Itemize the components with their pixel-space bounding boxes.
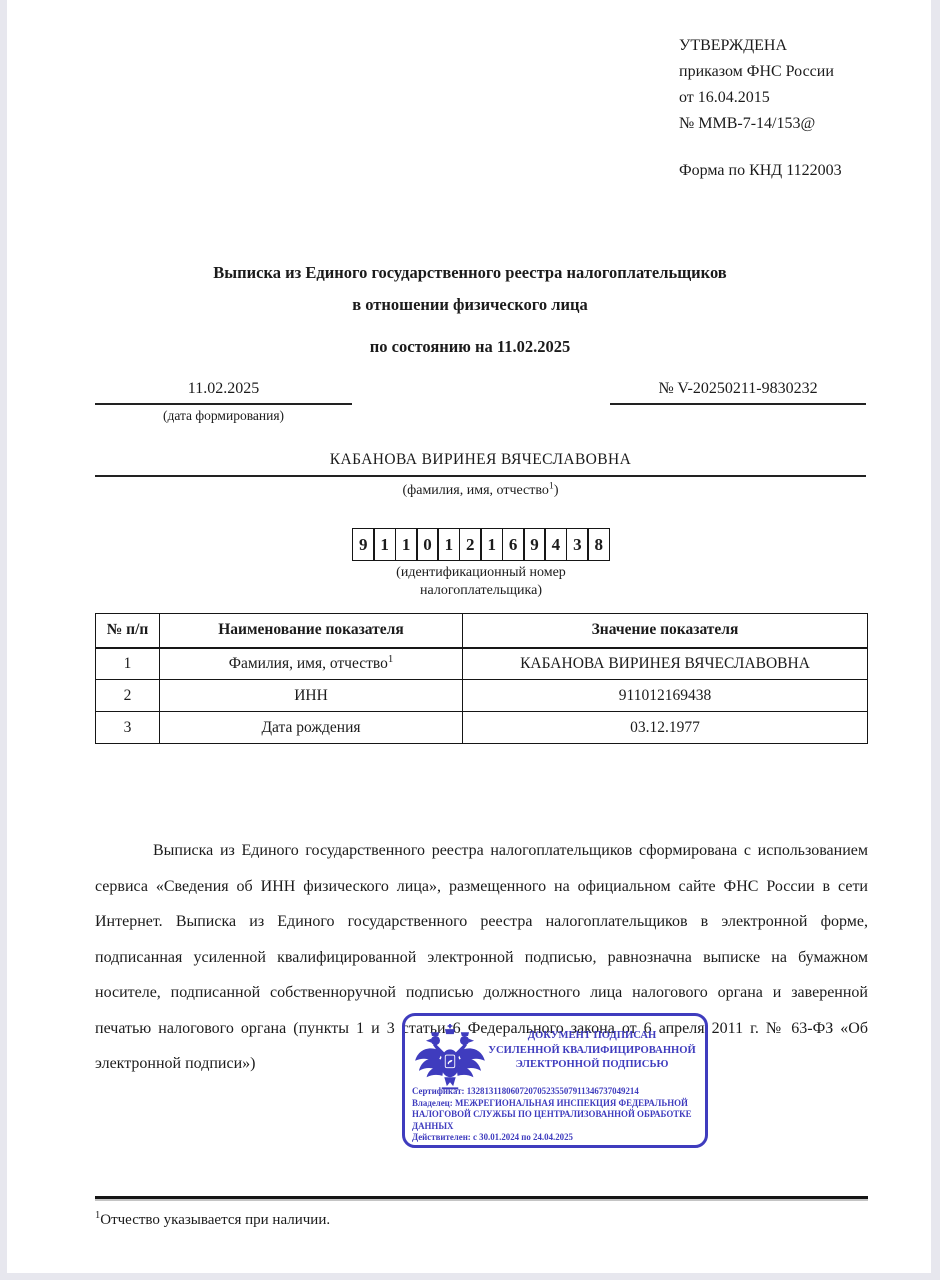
document-number-value: № V-20250211-9830232 [610, 380, 866, 405]
row-num: 3 [96, 712, 160, 744]
table-row: 1 Фамилия, имя, отчество1 КАБАНОВА ВИРИН… [96, 648, 868, 680]
stamp-title-line2: УСИЛЕННОЙ КВАЛИФИЦИРОВАННОЙ [488, 1044, 696, 1059]
inn-digit: 6 [502, 528, 525, 561]
footnote: 1Отчество указывается при наличии. [95, 1212, 330, 1229]
inn-digit: 4 [544, 528, 567, 561]
stamp-owner-line: Владелец: МЕЖРЕГИОНАЛЬНАЯ ИНСПЕКЦИЯ ФЕДЕ… [412, 1098, 696, 1133]
document-title-line1: Выписка из Единого государственного реес… [0, 263, 940, 283]
approval-line: № ММВ-7-14/153@ [679, 111, 834, 137]
indicators-table: № п/п Наименование показателя Значение п… [95, 613, 868, 744]
electronic-signature-stamp: ДОКУМЕНТ ПОДПИСАН УСИЛЕННОЙ КВАЛИФИЦИРОВ… [402, 1013, 708, 1148]
formation-date-field: 11.02.2025 (дата формирования) [95, 380, 352, 424]
inn-digit: 0 [416, 528, 439, 561]
indicator-name-text: Фамилия, имя, отчество [229, 655, 388, 672]
inn-caption-line2: налогоплательщика) [22, 582, 940, 600]
table-row: 3 Дата рождения 03.12.1977 [96, 712, 868, 744]
document-number-field: № V-20250211-9830232 [610, 380, 866, 405]
formation-date-caption: (дата формирования) [95, 405, 352, 424]
taxpayer-name-value: КАБАНОВА ВИРИНЕЯ ВЯЧЕСЛАВОВНА [95, 451, 866, 477]
footnote-ref: 1 [388, 653, 393, 665]
inn-field: 9 1 1 0 1 2 1 6 9 4 3 8 (идентификационн… [0, 528, 940, 599]
approval-line: приказом ФНС России [679, 59, 834, 85]
row-indicator-name: Дата рождения [160, 712, 463, 744]
row-indicator-name: ИНН [160, 680, 463, 712]
table-header-row: № п/п Наименование показателя Значение п… [96, 614, 868, 648]
page-edge-right [931, 0, 940, 1280]
row-indicator-value: КАБАНОВА ВИРИНЕЯ ВЯЧЕСЛАВОВНА [463, 648, 868, 680]
header-num: № п/п [96, 614, 160, 648]
stamp-title: ДОКУМЕНТ ПОДПИСАН УСИЛЕННОЙ КВАЛИФИЦИРОВ… [488, 1021, 696, 1073]
header-indicator-name: Наименование показателя [160, 614, 463, 648]
page-edge-left [0, 0, 7, 1280]
stamp-validity-line: Действителен: с 30.01.2024 по 24.04.2025 [412, 1132, 696, 1144]
approval-block: УТВЕРЖДЕНА приказом ФНС России от 16.04.… [679, 33, 834, 137]
inn-digit: 9 [523, 528, 546, 561]
inn-digit: 3 [566, 528, 589, 561]
table-row: 2 ИНН 911012169438 [96, 680, 868, 712]
stamp-title-line3: ЭЛЕКТРОННОЙ ПОДПИСЬЮ [488, 1058, 696, 1073]
stamp-details: Сертификат: 1328131180607207052355079113… [412, 1086, 696, 1144]
name-caption-close: ) [554, 483, 559, 498]
row-indicator-value: 911012169438 [463, 680, 868, 712]
as-of-date-line: по состоянию на 11.02.2025 [0, 337, 940, 357]
footnote-text: Отчество указывается при наличии. [100, 1212, 330, 1228]
taxpayer-name-field: КАБАНОВА ВИРИНЕЯ ВЯЧЕСЛАВОВНА (фамилия, … [95, 451, 866, 499]
row-indicator-name: Фамилия, имя, отчество1 [160, 648, 463, 680]
inn-digit: 1 [480, 528, 503, 561]
inn-digit-boxes: 9 1 1 0 1 2 1 6 9 4 3 8 [352, 528, 610, 561]
stamp-certificate-line: Сертификат: 1328131180607207052355079113… [412, 1086, 696, 1098]
inn-digit: 1 [373, 528, 396, 561]
page-edge-bottom [0, 1273, 940, 1280]
row-indicator-value: 03.12.1977 [463, 712, 868, 744]
name-caption-text: (фамилия, имя, отчество [403, 483, 549, 498]
inn-caption: (идентификационный номер налогоплательщи… [22, 564, 940, 599]
form-knd-line: Форма по КНД 1122003 [679, 162, 842, 180]
inn-digit: 8 [587, 528, 610, 561]
document-title-line2: в отношении физического лица [0, 295, 940, 315]
header-indicator-value: Значение показателя [463, 614, 868, 648]
approval-line: УТВЕРЖДЕНА [679, 33, 834, 59]
taxpayer-name-caption: (фамилия, имя, отчество1) [403, 477, 559, 499]
approval-line: от 16.04.2015 [679, 85, 834, 111]
indicator-name-text: ИНН [294, 687, 328, 704]
indicator-name-text: Дата рождения [261, 719, 360, 736]
inn-digit: 1 [395, 528, 418, 561]
row-num: 1 [96, 648, 160, 680]
inn-caption-line1: (идентификационный номер [22, 564, 940, 582]
row-num: 2 [96, 680, 160, 712]
inn-digit: 9 [352, 528, 375, 561]
formation-date-value: 11.02.2025 [95, 380, 352, 405]
document-page: УТВЕРЖДЕНА приказом ФНС России от 16.04.… [0, 0, 940, 1280]
inn-digit: 2 [459, 528, 482, 561]
footnote-divider [95, 1196, 868, 1199]
inn-digit: 1 [437, 528, 460, 561]
stamp-title-line1: ДОКУМЕНТ ПОДПИСАН [488, 1029, 696, 1044]
